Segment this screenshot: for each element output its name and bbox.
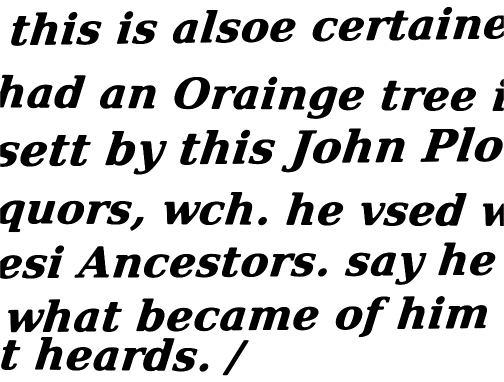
manuscript-line-4: quors, wch. he vsed wth he [0,188,504,233]
manuscript-line-3: sett by this John Plowte [0,124,504,174]
manuscript-scan-page: this is alsoe certaine, th had an Oraing… [0,0,504,382]
manuscript-line-2: had an Orainge tree in th [0,72,504,118]
manuscript-line-7: t heards. / [0,334,246,378]
manuscript-line-5: esi Ancestors. say he took [0,239,504,285]
manuscript-line-1: this is alsoe certaine, th [8,2,504,52]
